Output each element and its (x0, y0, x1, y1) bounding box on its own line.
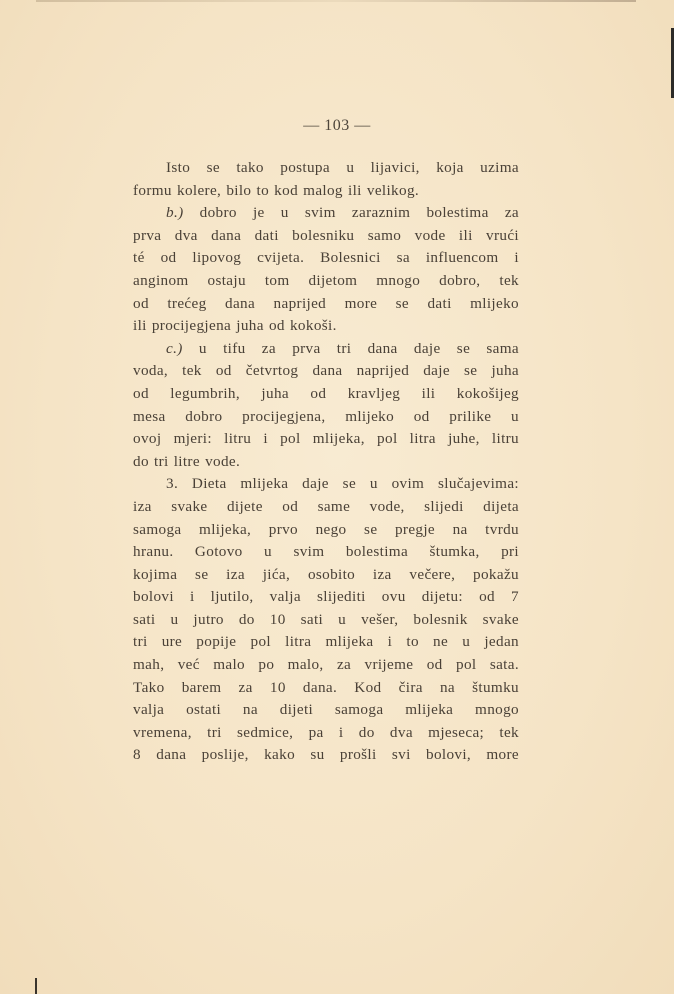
text-line: Tako barem za 10 dana. Kod čira na štumk… (133, 677, 519, 700)
text-line: hranu. Gotovo u svim bolestima štumka, p… (133, 541, 519, 564)
text-line: voda, tek od četvrtog dana naprijed daje… (133, 360, 519, 383)
page-bottom-edge-mark (35, 978, 37, 994)
body-text: Isto se tako postupa u lijavici, koja uz… (133, 157, 519, 767)
text-line: ili procijegjena juha od kokoši. (133, 315, 519, 338)
text-line: bolovi i ljutilo, valja slijediti ovu di… (133, 586, 519, 609)
text-line: vremena, tri sedmice, pa i do dva mjesec… (133, 722, 519, 745)
text-line: anginom ostaju tom dijetom mnogo dobro, … (133, 270, 519, 293)
text-line: Isto se tako postupa u lijavici, koja uz… (133, 157, 519, 180)
list-marker-b: b.) (166, 204, 184, 221)
text-line: té od lipovog cvijeta. Bolesnici sa infl… (133, 247, 519, 270)
text-line: od trećeg dana naprijed more se dati mli… (133, 293, 519, 316)
page-number: — 103 — (0, 117, 674, 135)
text-line: do tri litre vode. (133, 451, 519, 474)
text-line: formu kolere, bilo to kod malog ili veli… (133, 180, 519, 203)
text-line: prva dva dana dati bolesniku samo vode i… (133, 225, 519, 248)
list-marker-c: c.) (166, 340, 183, 357)
scanned-book-page: — 103 — Isto se tako postupa u lijavici,… (0, 0, 674, 994)
text-line: 8 dana poslije, kako su prošli svi bolov… (133, 744, 519, 767)
text-line: ovoj mjeri: litru i pol mlijeka, pol lit… (133, 428, 519, 451)
text-line: c.) u tifu za prva tri dana daje se sama (133, 338, 519, 361)
text-line: iza svake dijete od same vode, slijedi d… (133, 496, 519, 519)
page-top-edge-shadow (36, 0, 636, 2)
text-line: mesa dobro procijegjena, mlijeko od pril… (133, 406, 519, 429)
text-line-content: dobro je u svim zaraznim bolestima za (200, 204, 519, 221)
text-line: od legumbrih, juha od kravljeg ili kokoš… (133, 383, 519, 406)
text-line: sati u jutro do 10 sati u vešer, bolesni… (133, 609, 519, 632)
text-line: samoga mlijeka, prvo nego se pregje na t… (133, 519, 519, 542)
text-line: b.) dobro je u svim zaraznim bolestima z… (133, 202, 519, 225)
text-line: kojima se iza jića, osobito iza večere, … (133, 564, 519, 587)
text-line: valja ostati na dijeti samoga mlijeka mn… (133, 699, 519, 722)
text-line: 3. Dieta mlijeka daje se u ovim slučajev… (133, 473, 519, 496)
text-line-content: u tifu za prva tri dana daje se sama (199, 340, 519, 357)
text-line: tri ure popije pol litra mlijeka i to ne… (133, 631, 519, 654)
text-line: mah, već malo po malo, za vrijeme od pol… (133, 654, 519, 677)
